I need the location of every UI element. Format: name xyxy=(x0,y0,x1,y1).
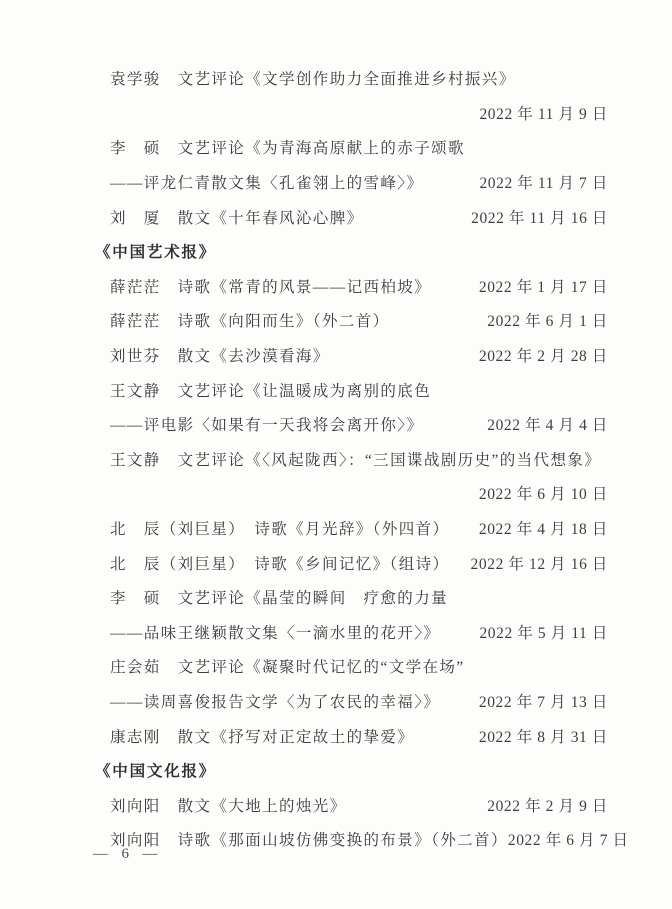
entry-row: ——评龙仁青散文集〈孔雀翎上的雪峰〉》 2022 年 11 月 7 日 xyxy=(0,165,672,200)
entry-text: 李 硕 文艺评论《为青海高原献上的赤子颂歌 xyxy=(110,136,608,158)
entry-row: 刘向阳 散文《大地上的烛光》 2022 年 2 月 9 日 xyxy=(0,787,672,822)
entry-row: 李 硕 文艺评论《为青海高原献上的赤子颂歌 xyxy=(0,130,672,165)
entry-text: 刘向阳 诗歌《那面山坡仿佛变换的布景》（外二首） xyxy=(110,828,508,850)
page-number: — 6 — xyxy=(93,846,160,863)
entry-text: ——读周喜俊报告文学〈为了农民的幸福〉》 xyxy=(110,690,479,712)
entry-date: 2022 年 12 月 16 日 xyxy=(471,552,608,574)
entry-text: 李 硕 文艺评论《晶莹的瞬间 疗愈的力量 xyxy=(110,586,608,608)
entry-row: 2022 年 6 月 10 日 xyxy=(0,476,672,511)
entry-row: 王文静 文艺评论《让温暖成为离别的底色 xyxy=(0,372,672,407)
section-header: 《中国艺术报》 xyxy=(0,234,672,269)
entry-row: 北 辰（刘巨星） 诗歌《月光辞》（外四首） 2022 年 4 月 18 日 xyxy=(0,511,672,546)
entry-date: 2022 年 11 月 9 日 xyxy=(479,102,608,124)
entry-row: 庄会茹 文艺评论《凝聚时代记忆的“文学在场” xyxy=(0,649,672,684)
entry-text: 薛茫茫 诗歌《常青的风景——记西柏坡》 xyxy=(110,275,479,297)
entry-text: ——评龙仁青散文集〈孔雀翎上的雪峰〉》 xyxy=(110,171,479,193)
entry-row: 薛茫茫 诗歌《常青的风景——记西柏坡》 2022 年 1 月 17 日 xyxy=(0,269,672,304)
entry-text: 王文静 文艺评论《让温暖成为离别的底色 xyxy=(110,379,608,401)
entry-date: 2022 年 6 月 10 日 xyxy=(479,482,608,504)
entry-text: 北 辰（刘巨星） 诗歌《月光辞》（外四首） xyxy=(110,517,479,539)
entry-row: ——品味王继颖散文集〈一滴水里的花开〉》 2022 年 5 月 11 日 xyxy=(0,615,672,650)
entry-text: 刘世芬 散文《去沙漠看海》 xyxy=(110,344,479,366)
entry-date: 2022 年 8 月 31 日 xyxy=(479,725,608,747)
entry-row: ——读周喜俊报告文学〈为了农民的幸福〉》 2022 年 7 月 13 日 xyxy=(0,684,672,719)
entry-text: 康志刚 散文《抒写对正定故土的挚爱》 xyxy=(110,725,479,747)
entry-row: 李 硕 文艺评论《晶莹的瞬间 疗愈的力量 xyxy=(0,580,672,615)
entry-date: 2022 年 6 月 1 日 xyxy=(487,309,608,331)
entry-text: 袁学骏 文艺评论《文学创作助力全面推进乡村振兴》 xyxy=(110,67,608,89)
entry-date: 2022 年 4 月 18 日 xyxy=(479,517,608,539)
entry-date: 2022 年 2 月 28 日 xyxy=(479,344,608,366)
entry-date: 2022 年 2 月 9 日 xyxy=(487,794,608,816)
entry-date: 2022 年 11 月 7 日 xyxy=(479,171,608,193)
entry-row: 薛茫茫 诗歌《向阳而生》（外二首） 2022 年 6 月 1 日 xyxy=(0,303,672,338)
entry-date: 2022 年 7 月 13 日 xyxy=(479,690,608,712)
section-header-title: 《中国艺术报》 xyxy=(95,240,608,262)
entry-date: 2022 年 4 月 4 日 xyxy=(487,413,608,435)
document-body: 袁学骏 文艺评论《文学创作助力全面推进乡村振兴》 2022 年 11 月 9 日… xyxy=(0,61,672,857)
section-header-title: 《中国文化报》 xyxy=(95,759,608,781)
entry-text: 刘 厦 散文《十年春风沁心脾》 xyxy=(110,206,471,228)
entry-text: 王文静 文艺评论《〈风起陇西〉：“三国谍战剧历史”的当代想象》 xyxy=(110,448,608,470)
entry-text: 北 辰（刘巨星） 诗歌《乡间记忆》（组诗） xyxy=(110,552,471,574)
entry-row: 北 辰（刘巨星） 诗歌《乡间记忆》（组诗） 2022 年 12 月 16 日 xyxy=(0,545,672,580)
entry-date: 2022 年 6 月 7 日 xyxy=(508,828,629,850)
entry-row: 王文静 文艺评论《〈风起陇西〉：“三国谍战剧历史”的当代想象》 xyxy=(0,442,672,477)
entry-text: ——评电影〈如果有一天我将会离开你〉》 xyxy=(110,413,487,435)
entry-text: 薛茫茫 诗歌《向阳而生》（外二首） xyxy=(110,309,487,331)
entry-date: 2022 年 5 月 11 日 xyxy=(479,621,608,643)
entry-row: ——评电影〈如果有一天我将会离开你〉》 2022 年 4 月 4 日 xyxy=(0,407,672,442)
entry-text: 庄会茹 文艺评论《凝聚时代记忆的“文学在场” xyxy=(110,655,608,677)
entry-text: ——品味王继颖散文集〈一滴水里的花开〉》 xyxy=(110,621,479,643)
entry-row: 刘世芬 散文《去沙漠看海》 2022 年 2 月 28 日 xyxy=(0,338,672,373)
section-header: 《中国文化报》 xyxy=(0,753,672,788)
entry-row: 2022 年 11 月 9 日 xyxy=(0,96,672,131)
entry-text: 刘向阳 散文《大地上的烛光》 xyxy=(110,794,487,816)
entry-date: 2022 年 1 月 17 日 xyxy=(479,275,608,297)
entry-row: 刘 厦 散文《十年春风沁心脾》 2022 年 11 月 16 日 xyxy=(0,199,672,234)
document-page: 袁学骏 文艺评论《文学创作助力全面推进乡村振兴》 2022 年 11 月 9 日… xyxy=(0,0,672,909)
entry-date: 2022 年 11 月 16 日 xyxy=(471,206,608,228)
entry-row: 康志刚 散文《抒写对正定故土的挚爱》 2022 年 8 月 31 日 xyxy=(0,718,672,753)
entry-row: 袁学骏 文艺评论《文学创作助力全面推进乡村振兴》 xyxy=(0,61,672,96)
